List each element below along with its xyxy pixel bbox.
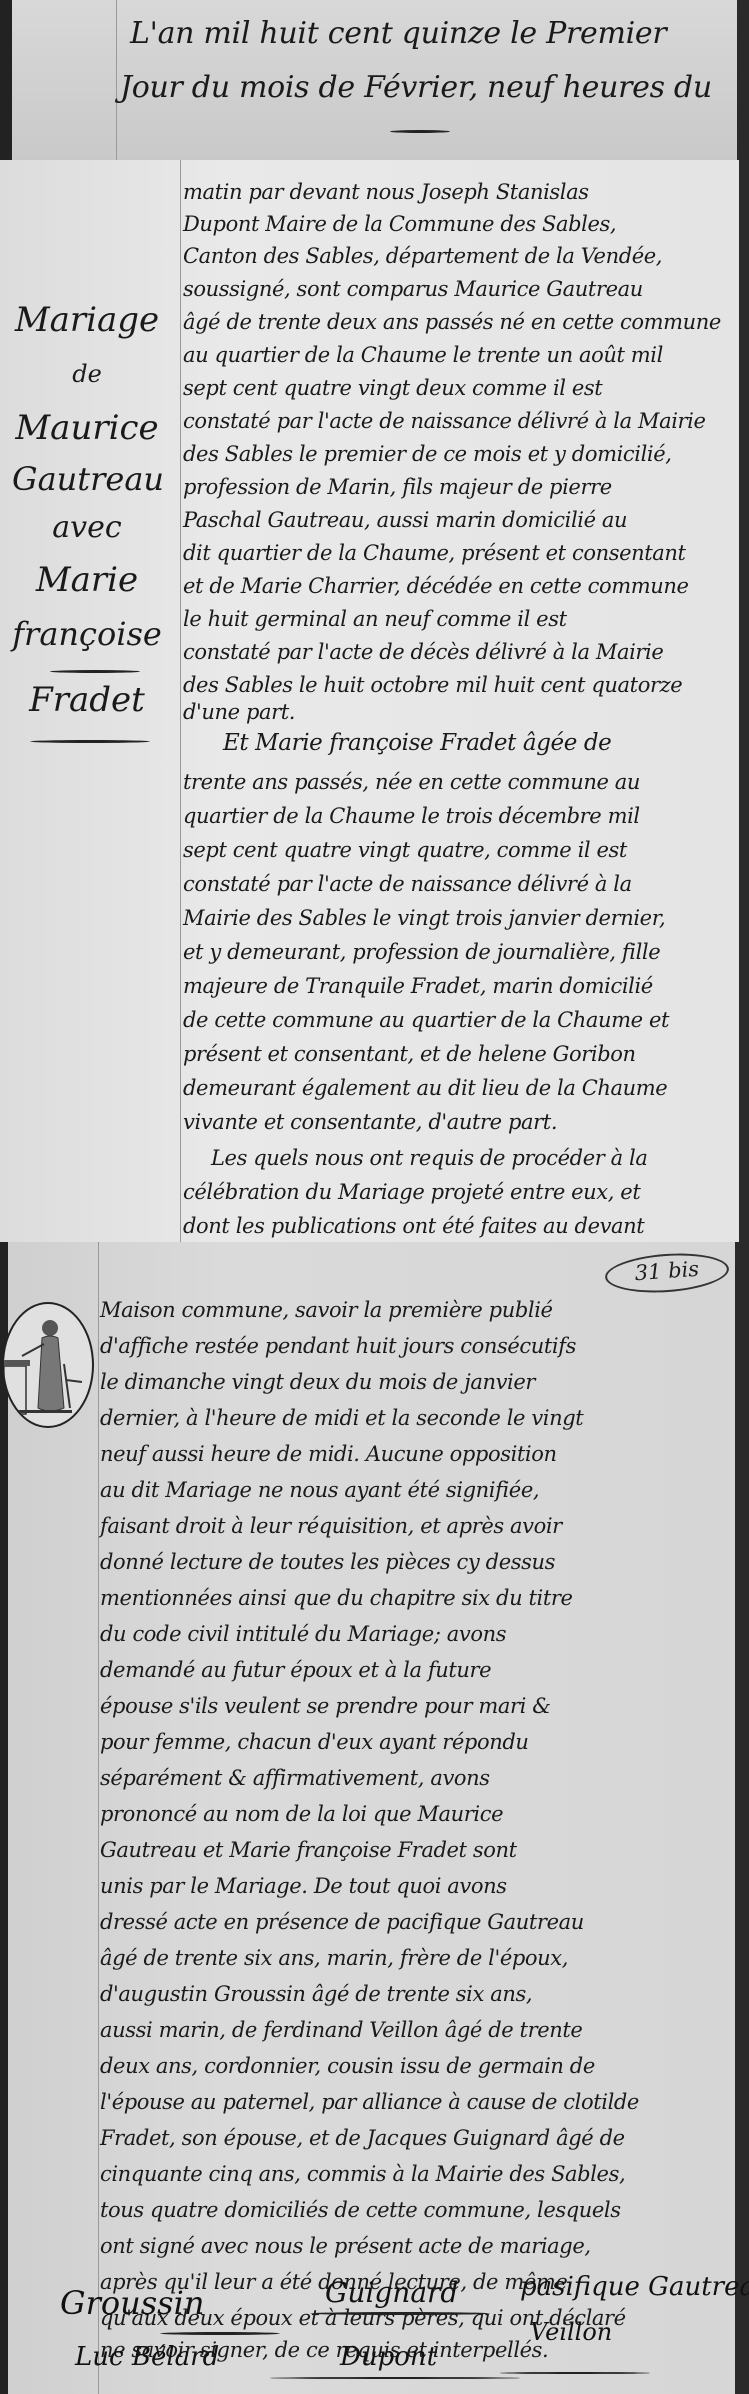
- margin-title-line: françoise: [12, 615, 162, 653]
- text-line: le huit germinal an neuf comme il est: [183, 607, 567, 631]
- text-line: ont signé avec nous le présent acte de m…: [100, 2234, 591, 2258]
- text-line: constaté par l'acte de naissance délivré…: [183, 409, 706, 433]
- text-line: profession de Marin, fils majeur de pier…: [183, 475, 612, 499]
- text-line: d'affiche restée pendant huit jours cons…: [100, 1334, 576, 1358]
- marianne-seal-icon: [2, 1302, 94, 1428]
- text-line: des Sables le huit octobre mil huit cent…: [183, 673, 682, 697]
- text-line: Paschal Gautreau, aussi marin domicilié …: [183, 508, 627, 532]
- text-line: Jour du mois de Février, neuf heures du: [120, 70, 712, 105]
- text-line: dressé acte en présence de pacifique Gau…: [100, 1910, 584, 1934]
- flourish-mark: [30, 740, 150, 743]
- text-line: dont les publications ont été faites au …: [183, 1214, 644, 1238]
- margin-title-line: Marie: [12, 560, 162, 600]
- margin-title-line: Fradet: [12, 680, 162, 720]
- text-line: dernier, à l'heure de midi et la seconde…: [100, 1406, 583, 1430]
- signature-flourish: [270, 2377, 520, 2379]
- margin-rule: [180, 160, 181, 1242]
- text-line: présent et consentant, et de helene Gori…: [183, 1042, 636, 1066]
- text-line: Fradet, son épouse, et de Jacques Guigna…: [100, 2126, 625, 2150]
- text-line: Gautreau et Marie françoise Fradet sont: [100, 1838, 517, 1862]
- margin-title-line: de: [12, 360, 162, 388]
- text-line: épouse s'ils veulent se prendre pour mar…: [100, 1694, 551, 1718]
- text-line: âgé de trente six ans, marin, frère de l…: [100, 1946, 568, 1970]
- flourish-mark: [50, 670, 140, 673]
- text-line: Les quels nous ont requis de procéder à …: [211, 1146, 648, 1170]
- text-line: au quartier de la Chaume le trente un ao…: [183, 343, 663, 367]
- margin-title-line: Gautreau: [12, 460, 162, 498]
- text-line: séparément & affirmativement, avons: [100, 1766, 490, 1790]
- text-line: des Sables le premier de ce mois et y do…: [183, 442, 672, 466]
- text-line: L'an mil huit cent quinze le Premier: [130, 16, 666, 51]
- text-line: du code civil intitulé du Mariage; avons: [100, 1622, 506, 1646]
- margin-rule: [98, 1242, 99, 2394]
- text-line: unis par le Mariage. De tout quoi avons: [100, 1874, 507, 1898]
- margin-title-line: Mariage: [12, 300, 162, 340]
- text-line: mentionnées ainsi que du chapitre six du…: [100, 1586, 573, 1610]
- text-line: majeure de Tranquile Fradet, marin domic…: [183, 974, 653, 998]
- text-line: constaté par l'acte de décès délivré à l…: [183, 640, 663, 664]
- text-line: au dit Mariage ne nous ayant été signifi…: [100, 1478, 539, 1502]
- text-line: faisant droit à leur réquisition, et apr…: [100, 1514, 562, 1538]
- signature: Groussin: [60, 2284, 204, 2322]
- text-line: neuf aussi heure de midi. Aucune opposit…: [100, 1442, 557, 1466]
- text-line: l'épouse au paternel, par alliance à cau…: [100, 2090, 639, 2114]
- text-line: constaté par l'acte de naissance délivré…: [183, 872, 632, 896]
- text-line: tous quatre domiciliés de cette commune,…: [100, 2198, 621, 2222]
- text-line: deux ans, cordonnier, cousin issu de ger…: [100, 2054, 595, 2078]
- text-line: de cette commune au quartier de la Chaum…: [183, 1008, 669, 1032]
- text-line: vivante et consentante, d'autre part.: [183, 1110, 557, 1134]
- margin-title-line: avec: [12, 510, 162, 545]
- text-line: Dupont Maire de la Commune des Sables,: [183, 212, 616, 236]
- text-line: Maison commune, savoir la première publi…: [100, 1298, 553, 1322]
- text-line: d'augustin Groussin âgé de trente six an…: [100, 1982, 532, 2006]
- text-line: matin par devant nous Joseph Stanislas: [183, 180, 589, 204]
- signature-flourish: [310, 2312, 490, 2315]
- signature: Luc Bélard: [75, 2342, 219, 2372]
- text-line: pour femme, chacun d'eux ayant répondu: [100, 1730, 529, 1754]
- signature: pasifique Gautreau: [520, 2272, 749, 2302]
- text-line: cinquante cinq ans, commis à la Mairie d…: [100, 2162, 625, 2186]
- scan-top-strip: L'an mil huit cent quinze le Premier Jou…: [0, 0, 749, 160]
- text-line: sept cent quatre vingt quatre, comme il …: [183, 838, 627, 862]
- scan-border-right: [737, 0, 749, 160]
- scan-border-left: [0, 0, 12, 160]
- text-line: Canton des Sables, département de la Ven…: [183, 244, 662, 268]
- text-line: Mairie des Sables le vingt trois janvier…: [183, 906, 665, 930]
- text-line: Et Marie françoise Fradet âgée de: [223, 730, 611, 756]
- text-line: âgé de trente deux ans passés né en cett…: [183, 310, 721, 334]
- signature-flourish: [500, 2372, 650, 2374]
- signature: Veillon: [530, 2318, 612, 2346]
- signature: Dupont: [340, 2342, 437, 2372]
- flourish-mark: [390, 130, 450, 133]
- scan-border-right: [735, 1242, 749, 2394]
- text-line: trente ans passés, née en cette commune …: [183, 770, 640, 794]
- text-line: donné lecture de toutes les pièces cy de…: [100, 1550, 555, 1574]
- signature: Guignard: [325, 2276, 458, 2309]
- text-line: d'une part.: [183, 700, 295, 724]
- text-line: sept cent quatre vingt deux comme il est: [183, 376, 602, 400]
- scan-border-left: [0, 1242, 8, 2394]
- text-line: soussigné, sont comparus Maurice Gautrea…: [183, 277, 643, 301]
- text-line: demeurant également au dit lieu de la Ch…: [183, 1076, 667, 1100]
- margin-title-line: Maurice: [12, 408, 162, 448]
- scan-page-two: 31 bis Maison commune, savoir la premièr…: [0, 1242, 749, 2394]
- text-line: célébration du Mariage projeté entre eux…: [183, 1180, 640, 1204]
- signature-flourish: [160, 2332, 280, 2335]
- text-line: et de Marie Charrier, décédée en cette c…: [183, 574, 689, 598]
- allegorical-figure-icon: [4, 1304, 92, 1426]
- text-line: prononcé au nom de la loi que Maurice: [100, 1802, 503, 1826]
- page-number-stamp: 31 bis: [604, 1250, 730, 1297]
- text-line: quartier de la Chaume le trois décembre …: [183, 804, 640, 828]
- scan-page-one: Mariage de Maurice Gautreau avec Marie f…: [0, 160, 749, 1242]
- text-line: le dimanche vingt deux du mois de janvie…: [100, 1370, 535, 1394]
- scan-border-right: [739, 160, 749, 1242]
- margin-rule: [116, 0, 117, 160]
- page-number: 31 bis: [606, 1255, 727, 1287]
- text-line: dit quartier de la Chaume, présent et co…: [183, 541, 686, 565]
- text-line: aussi marin, de ferdinand Veillon âgé de…: [100, 2018, 582, 2042]
- text-line: et y demeurant, profession de journalièr…: [183, 940, 660, 964]
- text-line: demandé au futur époux et à la future: [100, 1658, 491, 1682]
